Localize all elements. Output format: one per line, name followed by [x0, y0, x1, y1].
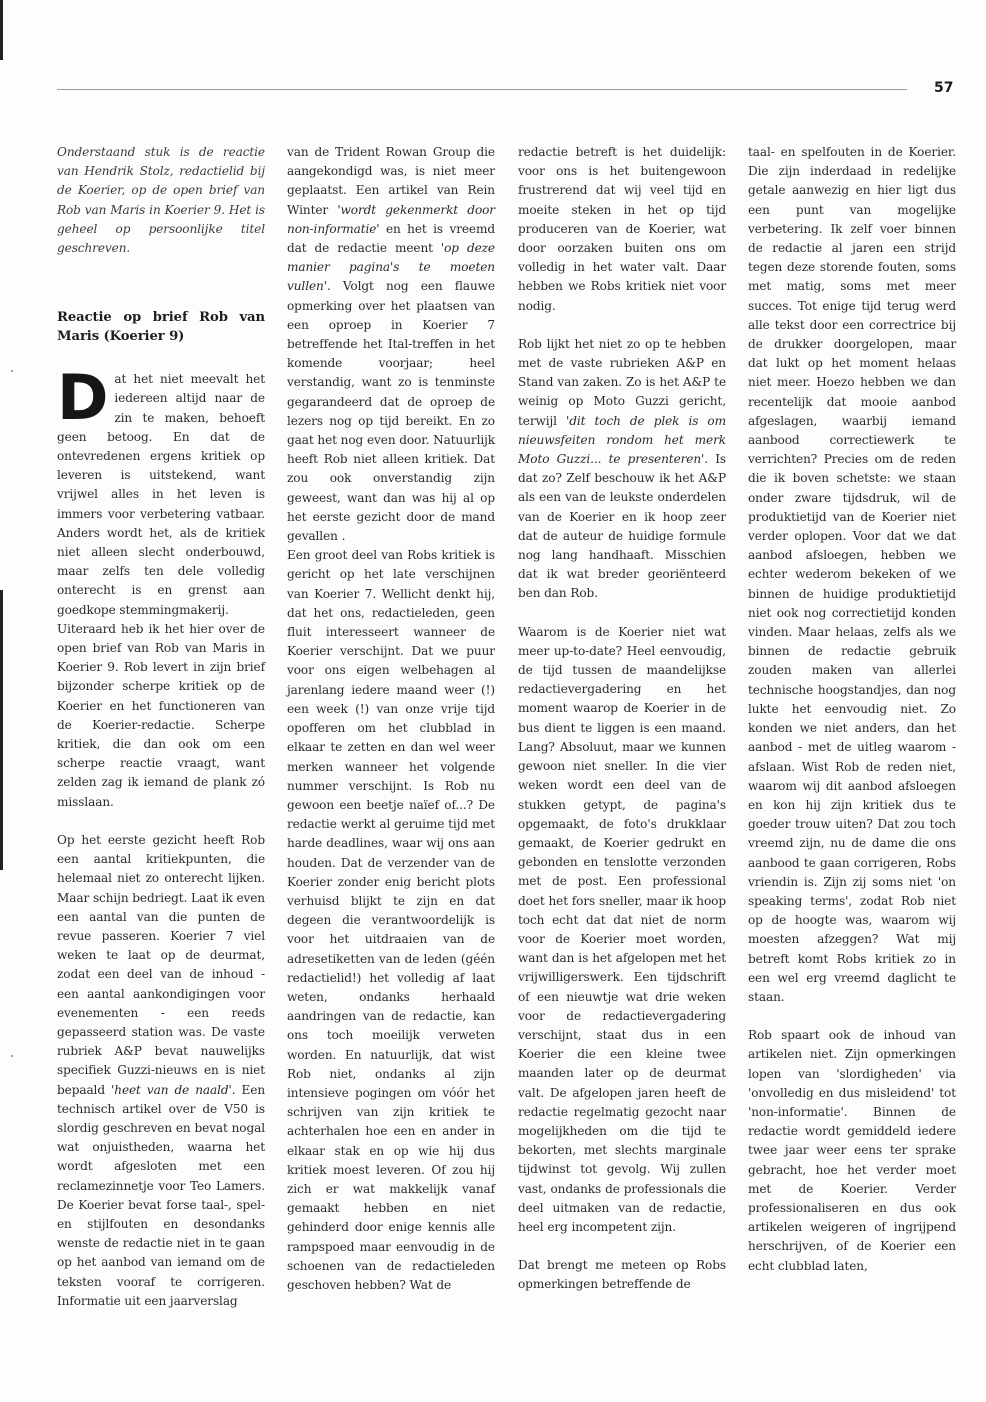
quote: 'heet van de naald'	[111, 1083, 232, 1097]
paragraph: Op het eerste gezicht heeft Rob een aant…	[57, 831, 265, 1311]
scan-dot	[11, 1055, 13, 1057]
column-4: taal- en spelfouten in de Koerier. Die z…	[748, 143, 956, 1276]
paragraph: Een groot deel van Robs kritiek is geric…	[287, 546, 495, 1295]
paragraph: taal- en spelfouten in de Koerier. Die z…	[748, 143, 956, 1007]
header-rule	[57, 89, 907, 90]
paragraph: Uiteraard heb ik het hier over de open b…	[57, 620, 265, 812]
scan-edge-mark	[0, 0, 3, 60]
paragraph: Rob spaart ook de inhoud van artikelen n…	[748, 1026, 956, 1276]
drop-cap: D	[57, 372, 108, 426]
paragraph: Dat het niet meevalt het iedereen altijd…	[57, 370, 265, 620]
paragraph: van de Trident Rowan Group die aangekond…	[287, 143, 495, 546]
column-1: Onderstaand stuk is de reactie van Hendr…	[57, 143, 265, 1311]
column-3: redactie betreft is het duidelijk: voor …	[518, 143, 726, 1295]
paragraph: Rob lijkt het niet zo op te hebben met d…	[518, 335, 726, 604]
paragraph: Waarom is de Koerier niet wat meer up-to…	[518, 623, 726, 1238]
scan-edge-mark	[0, 590, 3, 870]
page-number: 57	[934, 80, 953, 96]
paragraph: Dat brengt me meteen op Robs opmerkingen…	[518, 1256, 726, 1294]
column-2: van de Trident Rowan Group die aangekond…	[287, 143, 495, 1295]
scan-dot	[11, 370, 13, 372]
article-intro: Onderstaand stuk is de reactie van Hendr…	[57, 143, 265, 258]
article-heading: Reactie op brief Rob van Maris (Koerier …	[57, 308, 265, 346]
paragraph: redactie betreft is het duidelijk: voor …	[518, 143, 726, 316]
